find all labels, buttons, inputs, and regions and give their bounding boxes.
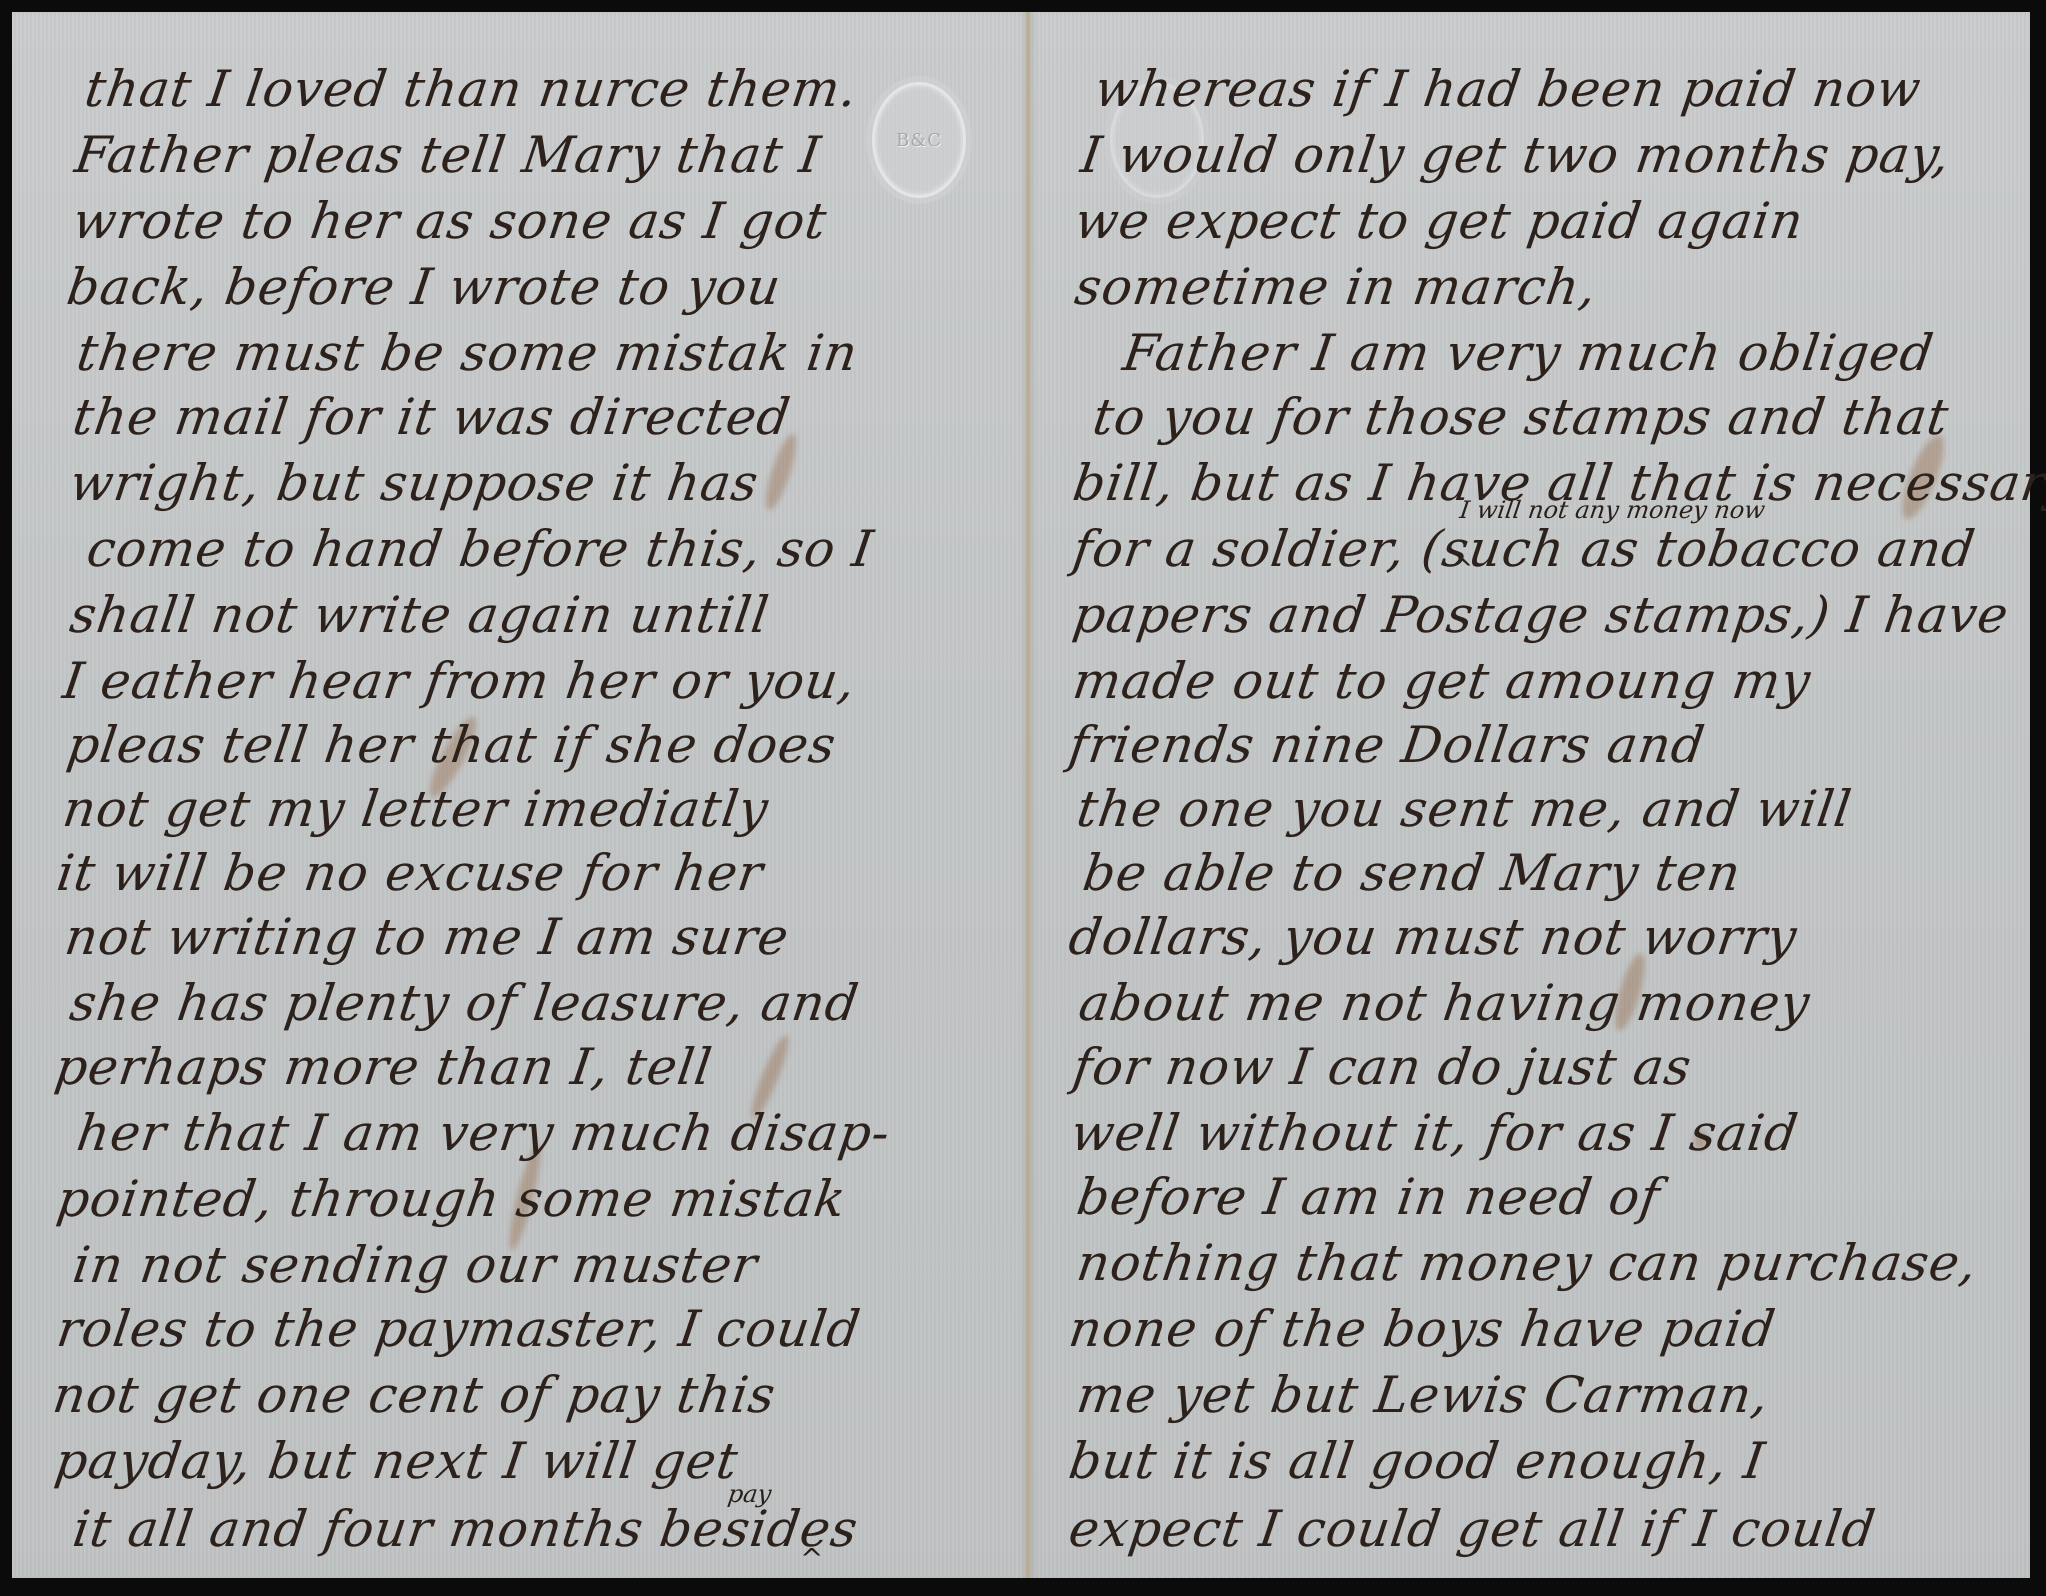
interlinear-insertion: pay: [726, 1480, 773, 1508]
letter-line: it will be no excuse for her: [54, 848, 767, 898]
letter-line: pleas tell her that if she does: [64, 720, 839, 770]
left-page: B&C that I loved than nurce them. Father…: [12, 12, 1030, 1578]
letter-line: the one you sent me, and will: [1074, 784, 1855, 834]
letter-line: wrote to her as sone as I got: [70, 196, 830, 246]
letter-line: we expect to get paid again: [1072, 196, 1807, 246]
letter-line: I would only get two months pay,: [1078, 130, 1953, 180]
letter-line: payday, but next I will get: [52, 1436, 741, 1486]
letter-line: made out to get amoung my: [1070, 656, 1814, 706]
letter-line: me yet but Lewis Carman,: [1074, 1370, 1772, 1420]
letter-line: shall not write again untill: [67, 590, 772, 640]
letter-line: it all and four months besides: [70, 1504, 861, 1554]
letter-line: in not sending our muster: [70, 1240, 761, 1290]
letter-line: come to hand before this, so I: [84, 524, 877, 574]
letter-line: her that I am very much disap-: [74, 1108, 893, 1158]
letter-line: there must be some mistak in: [74, 328, 861, 378]
letter-line: that I loved than nurce them.: [82, 64, 861, 114]
letter-line: sometime in march,: [1072, 262, 1600, 312]
letter-line: I eather hear from her or you,: [60, 656, 859, 706]
letter-line: she has plenty of leasure, and: [67, 978, 862, 1028]
letter-line: back, before I wrote to you: [64, 262, 784, 312]
letter-spread: B&C that I loved than nurce them. Father…: [12, 12, 2030, 1578]
letter-line: perhaps more than I, tell: [52, 1042, 715, 1092]
letter-line: the mail for it was directed: [70, 392, 794, 442]
letter-line: expect I could get all if I could: [1066, 1504, 1879, 1554]
right-page: whereas if I had been paid now I would o…: [1030, 12, 2030, 1578]
insertion-caret-icon: ^: [800, 1542, 823, 1575]
letter-line: for a soldier, (such as tobacco and: [1070, 524, 1979, 574]
letter-line: whereas if I had been paid now: [1092, 64, 1925, 114]
emboss-seal-icon: B&C: [872, 82, 966, 198]
letter-line: be able to send Mary ten: [1080, 848, 1744, 898]
letter-line: not get my letter imediatly: [60, 784, 772, 834]
letter-line: dollars, you must not worry: [1066, 912, 1800, 962]
letter-line: for now I can do just as: [1070, 1042, 1695, 1092]
emboss-mark-text: B&C: [896, 130, 942, 151]
letter-line: roles to the paymaster, I could: [54, 1304, 864, 1354]
letter-line: nothing that money can purchase,: [1074, 1238, 1980, 1288]
letter-line: wright, but suppose it has: [67, 458, 762, 508]
letter-line: Father pleas tell Mary that I: [72, 130, 824, 180]
letter-line: not writing to me I am sure: [62, 912, 792, 962]
letter-line: but it is all good enough, I: [1066, 1436, 1768, 1486]
letter-line: before I am in need of: [1074, 1172, 1663, 1222]
letter-line: well without it, for as I said: [1068, 1108, 1801, 1158]
letter-line: about me not having money: [1076, 978, 1813, 1028]
letter-line: none of the boys have paid: [1066, 1304, 1779, 1354]
letter-line: Father I am very much obliged: [1120, 328, 1937, 378]
letter-line: to you for those stamps and that: [1090, 392, 1952, 442]
letter-line: pointed, through some mistak: [54, 1174, 849, 1224]
letter-line: not get one cent of pay this: [50, 1370, 779, 1420]
letter-line: friends nine Dollars and: [1066, 720, 1708, 770]
letter-line: papers and Postage stamps,) I have: [1070, 590, 2012, 640]
